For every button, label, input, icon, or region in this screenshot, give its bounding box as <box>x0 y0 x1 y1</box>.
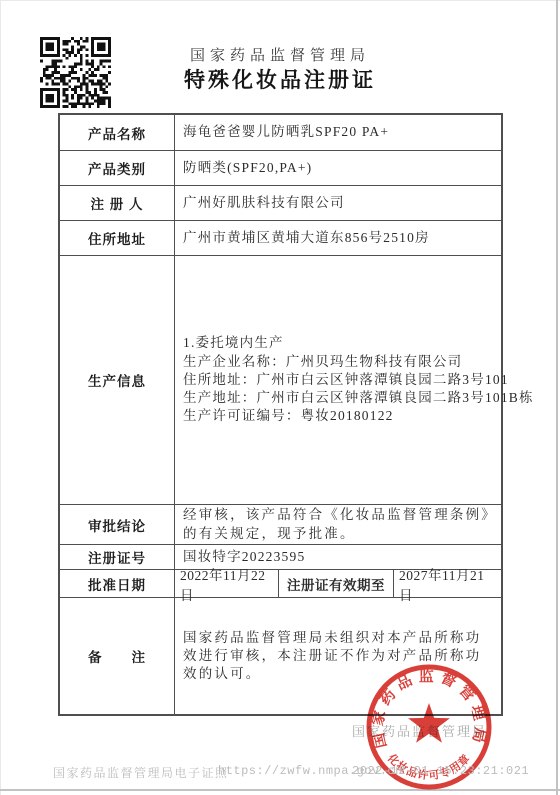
header-authority: 国家药品监督管理局 <box>0 44 560 65</box>
certificate-table: 产品名称 海龟爸爸婴儿防晒乳SPF20 PA+ 产品类别 防晒类(SPF20,P… <box>58 113 503 716</box>
registrant-value: 广州好肌肤科技有限公司 <box>175 186 501 220</box>
approval-date-label: 批准日期 <box>60 570 175 597</box>
registrant-address-label: 住所地址 <box>60 221 175 255</box>
footer-license-label: 国家药品监督管理局电子证照 <box>53 764 229 781</box>
approval-conclusion-value: 经审核，该产品符合《化妆品监督管理条例》的有关规定，现予批准。 <box>175 505 501 544</box>
approval-date-value: 2022年11月22日 <box>175 570 279 597</box>
production-line: 生产企业名称：广州贝玛生物科技有限公司 <box>183 353 534 371</box>
footer: 国家药品监督管理局电子证照 https://zwfw.nmpa.gov.cn 2… <box>0 764 560 782</box>
table-row-product-name: 产品名称 海龟爸爸婴儿防晒乳SPF20 PA+ <box>60 115 501 150</box>
table-row-approval-date: 批准日期 2022年11月22日 注册证有效期至 2027年11月21日 <box>60 569 501 597</box>
registration-number-label: 注册证号 <box>60 545 175 569</box>
table-row-registrant-address: 住所地址 广州市黄埔区黄埔大道东856号2510房 <box>60 220 501 255</box>
seal-star-icon <box>408 703 450 743</box>
product-category-label: 产品类别 <box>60 151 175 185</box>
production-line: 住所地址：广州市白云区钟落潭镇良园二路3号101 <box>183 371 534 389</box>
page-edge-top <box>0 0 560 1</box>
product-category-value: 防晒类(SPF20,PA+) <box>175 151 501 185</box>
production-info-value: 1.委托境内生产 生产企业名称：广州贝玛生物科技有限公司 住所地址：广州市白云区… <box>175 256 501 504</box>
table-row-approval-conclusion: 审批结论 经审核，该产品符合《化妆品监督管理条例》的有关规定，现予批准。 <box>60 504 501 544</box>
page-edge-left <box>0 0 1 795</box>
product-name-label: 产品名称 <box>60 115 175 150</box>
validity-label: 注册证有效期至 <box>279 570 394 597</box>
footer-timestamp: 2022-12-01 15:23:21:021 <box>352 764 529 778</box>
product-name-value: 海龟爸爸婴儿防晒乳SPF20 PA+ <box>175 115 501 150</box>
page-edge-right <box>556 0 558 795</box>
validity-value: 2027年11月21日 <box>394 570 501 597</box>
registrant-address-value: 广州市黄埔区黄埔大道东856号2510房 <box>175 221 501 255</box>
table-row-production-info: 生产信息 1.委托境内生产 生产企业名称：广州贝玛生物科技有限公司 住所地址：广… <box>60 255 501 504</box>
production-line: 生产许可证编号：粤妆20180122 <box>183 407 534 425</box>
production-line: 生产地址：广州市白云区钟落潭镇良园二路3号101B栋 <box>183 389 534 407</box>
registrant-label: 注 册 人 <box>60 186 175 220</box>
approval-conclusion-label: 审批结论 <box>60 505 175 544</box>
page-title: 特殊化妆品注册证 <box>0 64 560 94</box>
production-line: 1.委托境内生产 <box>183 334 534 352</box>
table-row-registrant: 注 册 人 广州好肌肤科技有限公司 <box>60 185 501 220</box>
production-info-label: 生产信息 <box>60 256 175 504</box>
remarks-label: 备 注 <box>60 598 175 714</box>
table-row-product-category: 产品类别 防晒类(SPF20,PA+) <box>60 150 501 185</box>
